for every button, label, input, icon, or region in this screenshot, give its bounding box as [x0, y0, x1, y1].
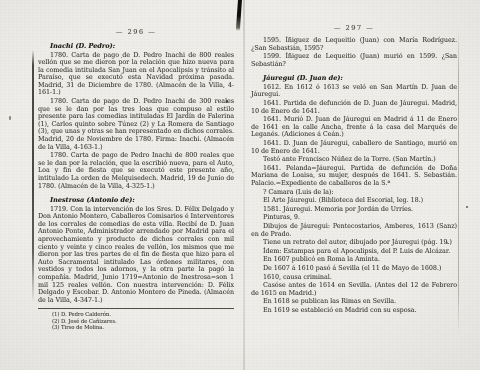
scan-speck	[466, 206, 468, 208]
entry-paragraph: El Arte Jáuregui. (Biblioteca del Escori…	[251, 197, 457, 205]
entry-paragraph: 1641. Partida de defunción de D. Juan de…	[251, 100, 457, 115]
footnotes-block: (1) D. Pedro Calderón. (2) D. José de Ca…	[52, 312, 234, 331]
entry-paragraph: ? Camara (Luis de la):	[251, 189, 457, 197]
entry-paragraph: Pinturas, 9.	[251, 214, 457, 222]
entry-paragraph: Dibujos de Jáuregui: Pentecostarios, Amb…	[251, 223, 457, 238]
entry-paragraph: 1641. Murió D. Juan de Jáuregui en Madri…	[251, 116, 457, 139]
right-page-edge-line	[458, 28, 459, 336]
section-heading-jauregui: Jáuregui (D. Juan de):	[263, 74, 457, 82]
entry-paragraph: 1780. Carta de pago de Pedro Inachi de 8…	[38, 152, 234, 190]
section-heading-inachi: Inachi (D. Pedro):	[50, 42, 234, 50]
scan-speck	[9, 116, 11, 120]
left-page: — 296 — Inachi (D. Pedro): 1780. Carta d…	[38, 28, 234, 331]
scanned-book-spread: — 296 — Inachi (D. Pedro): 1780. Carta d…	[0, 0, 480, 370]
entry-paragraph: 1641. Pelanda=Jáuregui. Partida de defun…	[251, 165, 457, 188]
entry-paragraph: 1595. Íñiguez de Lequeitio (Juan) con Ma…	[251, 37, 457, 52]
entry-paragraph: En 1607 publicó en Roma la Aminta.	[251, 256, 457, 264]
entry-paragraph: En 1619 se estableció en Madrid con su e…	[251, 307, 457, 315]
right-page-number: — 297 —	[251, 24, 457, 32]
spine-shadow	[236, 0, 242, 31]
right-page: — 297 — 1595. Íñiguez de Lequeitio (Juan…	[251, 24, 457, 316]
entry-paragraph: Tiene un retrato del autor, dibujado por…	[251, 239, 457, 247]
entry-paragraph: 1612. En 1612 ó 1613 se veló en San Mart…	[251, 84, 457, 99]
entry-paragraph: Casóse antes de 1614 en Sevilla. (Antes …	[251, 282, 457, 297]
entry-paragraph: De 1607 á 1610 pasó á Sevilla (el 11 de …	[251, 265, 457, 273]
left-page-number: — 296 —	[38, 28, 234, 36]
entry-paragraph: 1641. D. Juan de Jáuregui, caballero de …	[251, 140, 457, 155]
footnote-divider	[38, 308, 234, 309]
entry-paragraph: Ídem: Estampas para el Apocalipsis, del …	[251, 248, 457, 256]
entry-paragraph: 1581. Jáuregui. Memoria por Jordán de Ur…	[251, 206, 457, 214]
section-heading-inestrosa: Inestrosa (Antonio de):	[50, 196, 234, 204]
entry-paragraph: En 1618 se publican las Rimas en Sevilla…	[251, 298, 457, 306]
entry-paragraph: 1719. Con la intervención de los Sres. D…	[38, 206, 234, 305]
center-fold-line	[243, 0, 245, 370]
footnote: (3) Tirso de Molina.	[52, 325, 234, 331]
entry-paragraph: 1780. Carta de pago de D. Pedro Inachi d…	[38, 52, 234, 98]
left-page-edge-line	[32, 50, 34, 302]
entry-paragraph: Testó ante Francisco Núñez de la Torre. …	[251, 156, 457, 164]
entry-paragraph: 1599. Íñiguez de Lequeitio (Juan) murió …	[251, 53, 457, 68]
entry-paragraph: 1780. Carta de pago de D. Pedro Inachi d…	[38, 98, 234, 151]
entry-paragraph: 1610, causa criminal.	[251, 274, 457, 282]
